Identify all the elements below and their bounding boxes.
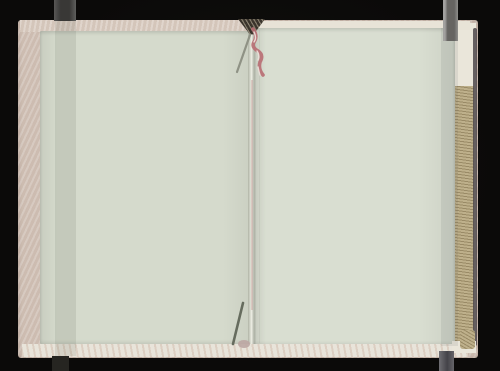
fore-edge-shadow-line	[473, 28, 477, 346]
spine-ties	[225, 15, 285, 85]
green-tie-sliver	[233, 303, 243, 344]
gutter-thread	[251, 80, 253, 310]
cradle-strap-top-left	[54, 0, 76, 21]
book-photograph	[0, 0, 500, 371]
gray-tie-sliver	[237, 35, 250, 72]
tail-knot	[238, 340, 250, 348]
fore-edge-bottom-corner	[460, 330, 475, 349]
cradle-strap-bottom-right	[439, 351, 454, 371]
cradle-strap-left-overlay	[55, 20, 76, 356]
spine-tail-tie	[222, 295, 267, 355]
cradle-strap-right-overlay	[441, 28, 458, 346]
cradle-strap-bottom-left	[52, 356, 69, 371]
cradle-strap-top-right	[443, 0, 458, 41]
